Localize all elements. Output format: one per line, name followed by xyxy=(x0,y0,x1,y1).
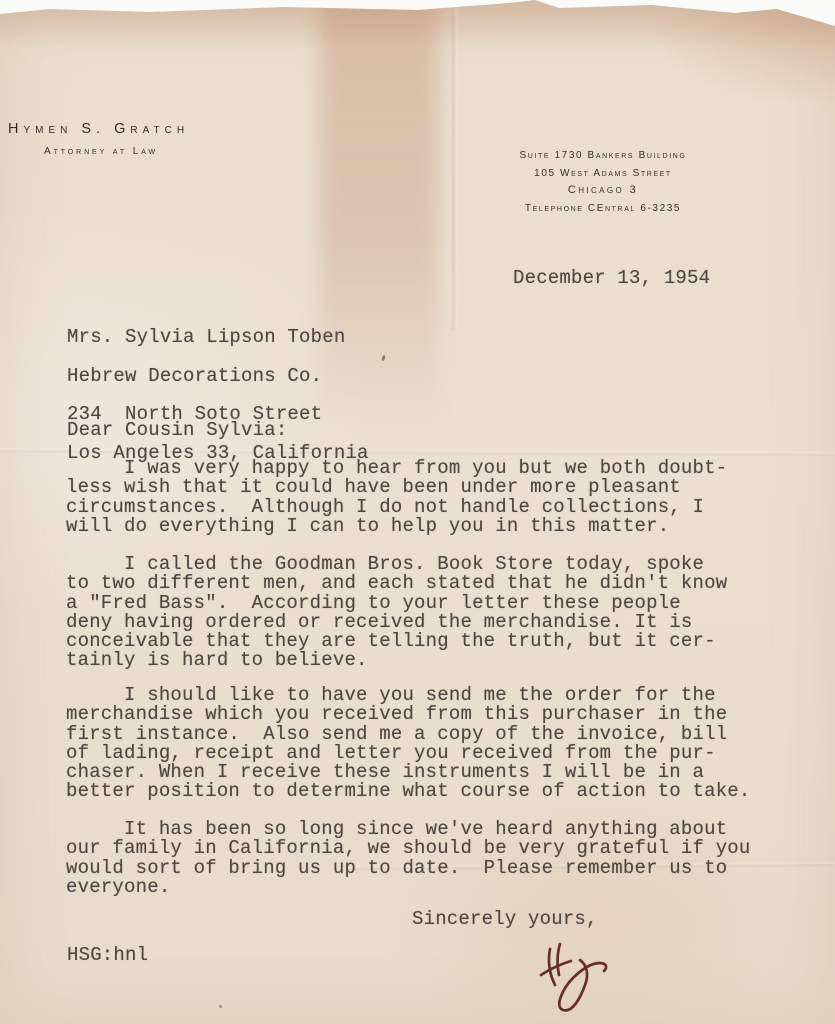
letterhead-title: Attorney at Law xyxy=(44,146,158,157)
signature-ink-strokes xyxy=(538,940,624,1024)
ink-speck xyxy=(219,1005,222,1008)
scanned-letter: Hymen S. Gratch Attorney at Law Suite 17… xyxy=(0,0,835,1024)
fold-crease-vertical xyxy=(451,0,458,330)
body-paragraph: I called the Goodman Bros. Book Store to… xyxy=(66,555,727,671)
body-paragraph: I was very happy to hear from you but we… xyxy=(66,459,727,536)
signature-hy xyxy=(538,940,624,1024)
body-paragraph: I should like to have you send me the or… xyxy=(66,686,751,802)
letterhead-address-line: 105 West Adams Street xyxy=(534,165,672,183)
recipient-block: Mrs. Sylvia Lipson Toben Hebrew Decorati… xyxy=(67,328,369,463)
body-paragraph: It has been so long since we've heard an… xyxy=(66,820,751,897)
letterhead-address-line: Telephone CEntral 6-3235 xyxy=(525,200,681,218)
recipient-line: Hebrew Decorations Co. xyxy=(67,365,322,387)
letter-paper: Hymen S. Gratch Attorney at Law Suite 17… xyxy=(0,0,835,1024)
letterhead-address-line: Suite 1730 Bankers Building xyxy=(520,147,687,165)
closing-line: Sincerely yours, xyxy=(412,910,598,929)
letterhead-name: Hymen S. Gratch xyxy=(8,121,189,137)
letterhead-address-line: Chicago 3 xyxy=(568,182,638,200)
salutation: Dear Cousin Sylvia: xyxy=(67,421,287,440)
recipient-line: Mrs. Sylvia Lipson Toben xyxy=(67,326,345,348)
date-line: December 13, 1954 xyxy=(513,269,710,288)
typist-initials: HSG:hnl xyxy=(67,946,148,965)
letterhead-address: Suite 1730 Bankers Building 105 West Ada… xyxy=(470,147,736,217)
